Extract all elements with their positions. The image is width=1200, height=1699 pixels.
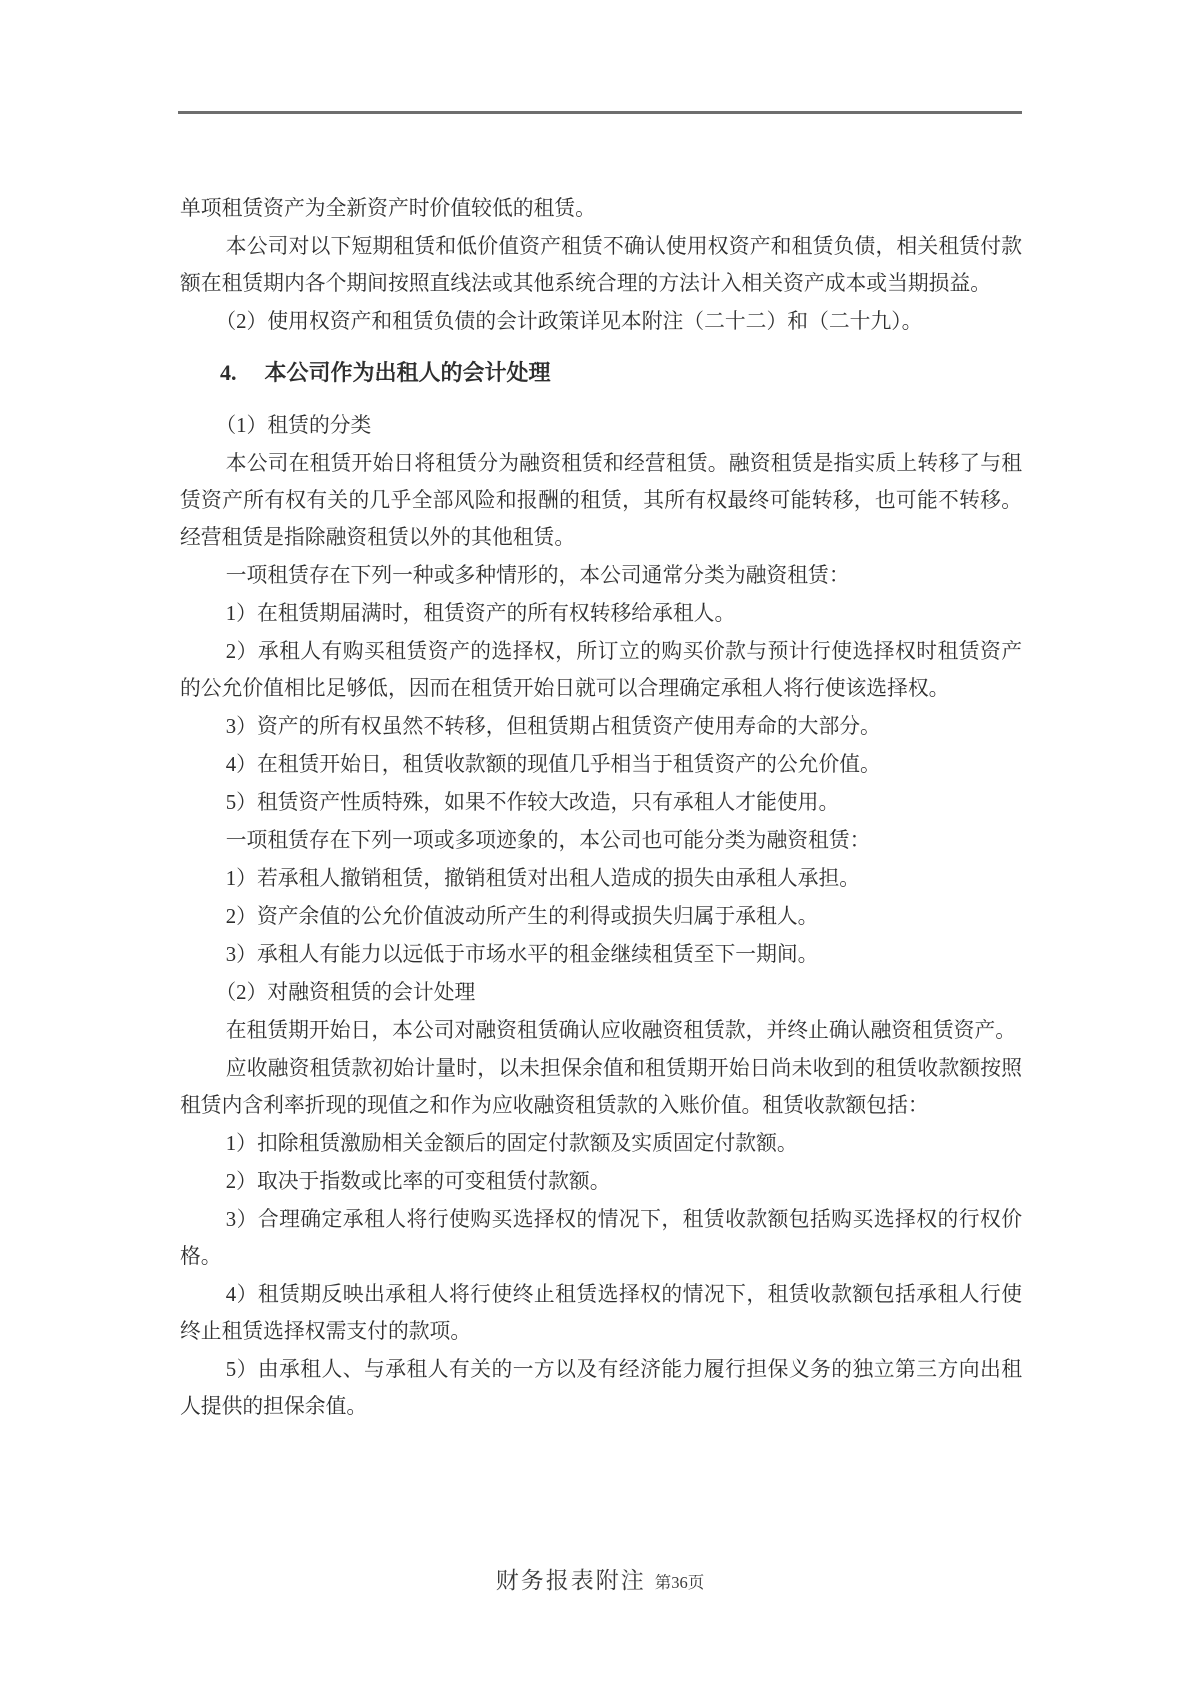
paragraph: 一项租赁存在下列一种或多种情形的，本公司通常分类为融资租赁： xyxy=(180,557,1022,594)
sub-heading: （2）使用权资产和租赁负债的会计政策详见本附注（二十二）和（二十九）。 xyxy=(180,303,1022,340)
list-item: 1）若承租人撤销租赁，撤销租赁对出租人造成的损失由承租人承担。 xyxy=(180,860,1022,897)
list-item: 4）在租赁开始日，租赁收款额的现值几乎相当于租赁资产的公允价值。 xyxy=(180,746,1022,783)
document-page: 单项租赁资产为全新资产时价值较低的租赁。本公司对以下短期租赁和低价值资产租赁不确… xyxy=(0,0,1200,1699)
list-item: 4）租赁期反映出承租人将行使终止租赁选择权的情况下，租赁收款额包括承租人行使终止… xyxy=(180,1276,1022,1350)
paragraph: 本公司对以下短期租赁和低价值资产租赁不确认使用权资产和租赁负债，相关租赁付款额在… xyxy=(180,228,1022,302)
list-item: 2）资产余值的公允价值波动所产生的利得或损失归属于承租人。 xyxy=(180,898,1022,935)
footer-title: 财务报表附注 xyxy=(496,1568,646,1593)
paragraph: 一项租赁存在下列一项或多项迹象的，本公司也可能分类为融资租赁： xyxy=(180,822,1022,859)
list-item: 3）合理确定承租人将行使购买选择权的情况下，租赁收款额包括购买选择权的行权价格。 xyxy=(180,1201,1022,1275)
paragraph: 应收融资租赁款初始计量时，以未担保余值和租赁期开始日尚未收到的租赁收款额按照租赁… xyxy=(180,1050,1022,1124)
header-rule xyxy=(178,111,1022,114)
list-item: 2）承租人有购买租赁资产的选择权，所订立的购买价款与预计行使选择权时租赁资产的公… xyxy=(180,633,1022,707)
list-item: 1）扣除租赁激励相关金额后的固定付款额及实质固定付款额。 xyxy=(180,1125,1022,1162)
paragraph: 本公司在租赁开始日将租赁分为融资租赁和经营租赁。融资租赁是指实质上转移了与租赁资… xyxy=(180,445,1022,556)
paragraph: 单项租赁资产为全新资产时价值较低的租赁。 xyxy=(180,190,1022,227)
sub-heading: （2）对融资租赁的会计处理 xyxy=(180,974,1022,1011)
page-footer: 财务报表附注第36页 xyxy=(0,1562,1200,1595)
document-body: 单项租赁资产为全新资产时价值较低的租赁。本公司对以下短期租赁和低价值资产租赁不确… xyxy=(180,190,1022,1426)
footer-page-number: 第36页 xyxy=(655,1573,705,1592)
list-item: 5）由承租人、与承租人有关的一方以及有经济能力履行担保义务的独立第三方向出租人提… xyxy=(180,1351,1022,1425)
sub-heading: （1）租赁的分类 xyxy=(180,407,1022,444)
section-title: 本公司作为出租人的会计处理 xyxy=(265,360,551,385)
list-item: 3）资产的所有权虽然不转移，但租赁期占租赁资产使用寿命的大部分。 xyxy=(180,708,1022,745)
list-item: 3）承租人有能力以远低于市场水平的租金继续租赁至下一期间。 xyxy=(180,936,1022,973)
list-item: 5）租赁资产性质特殊，如果不作较大改造，只有承租人才能使用。 xyxy=(180,784,1022,821)
list-item: 1）在租赁期届满时，租赁资产的所有权转移给承租人。 xyxy=(180,595,1022,632)
section-heading: 4.本公司作为出租人的会计处理 xyxy=(180,354,1022,391)
list-item: 2）取决于指数或比率的可变租赁付款额。 xyxy=(180,1163,1022,1200)
section-number: 4. xyxy=(220,354,237,391)
paragraph: 在租赁期开始日，本公司对融资租赁确认应收融资租赁款，并终止确认融资租赁资产。 xyxy=(180,1012,1022,1049)
